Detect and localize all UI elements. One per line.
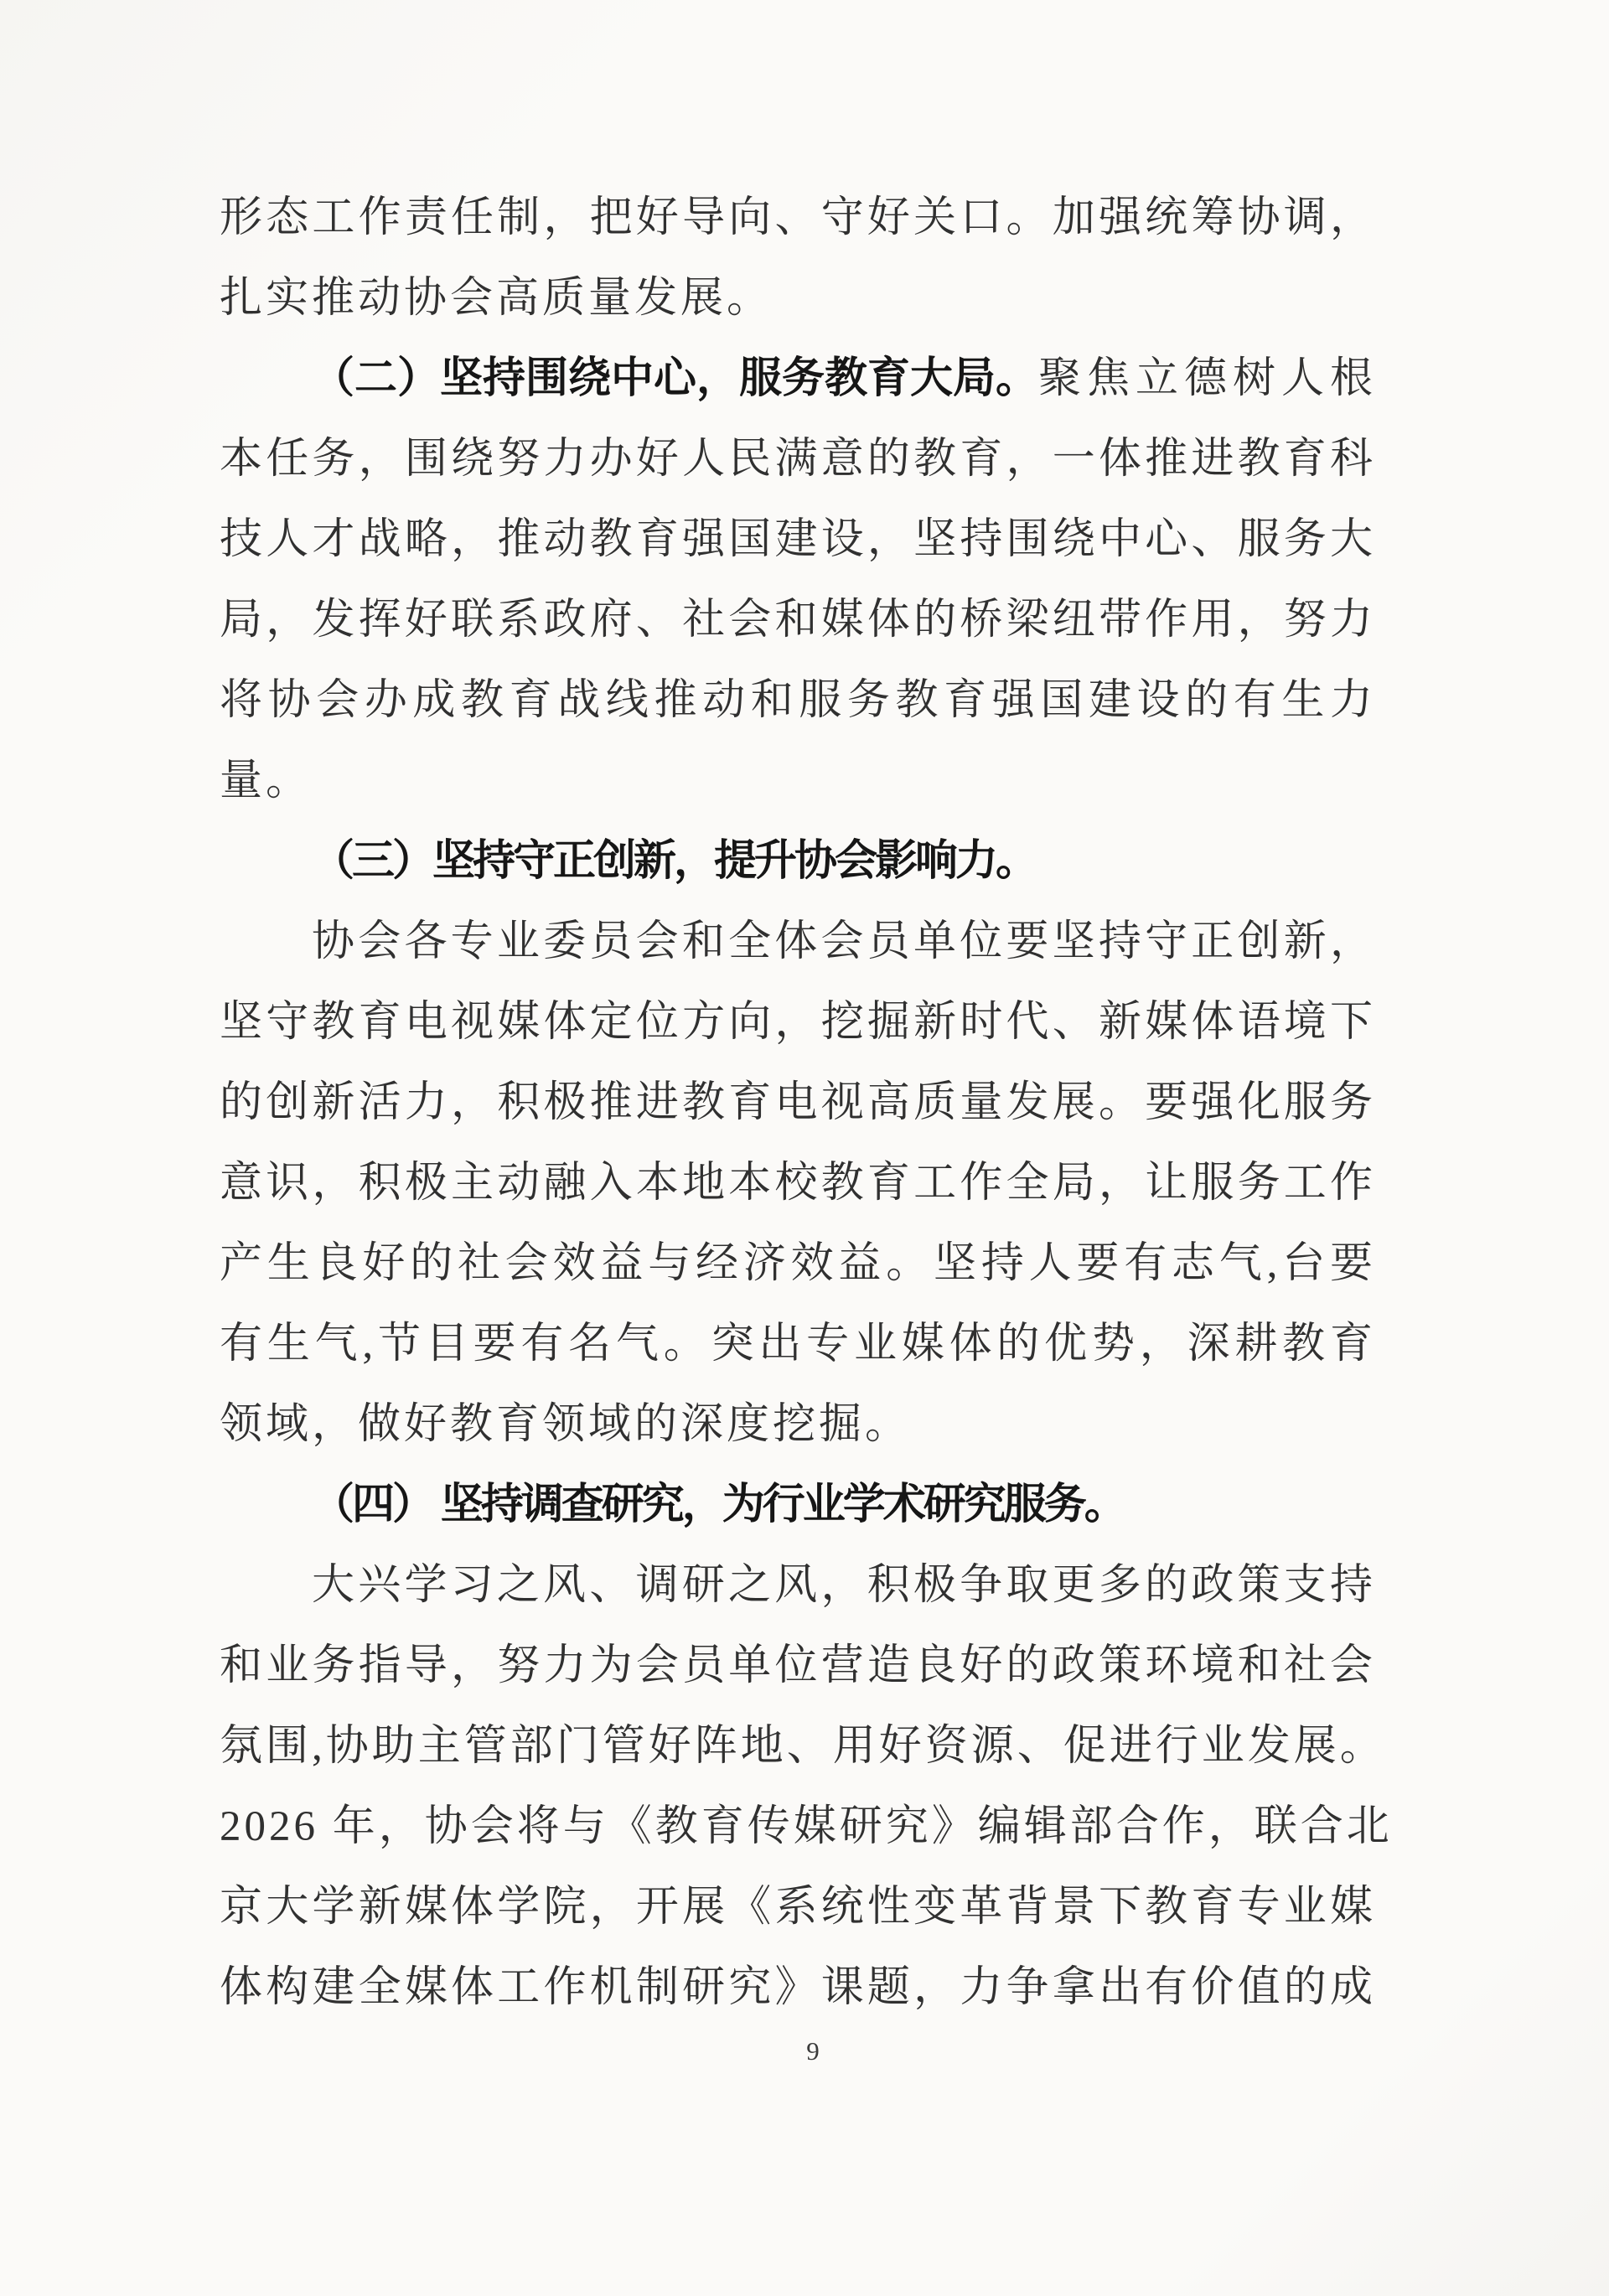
body-text: 的创新活力，积极推进教育电视高质量发展。要强化服务	[220, 1079, 1376, 1126]
text-line: 京大学新媒体学院，开展《系统性变革背景下教育专业媒	[220, 1867, 1376, 1947]
section-heading: （四） 坚持调查研究，为行业学术研究服务。	[312, 1482, 1125, 1528]
paragraph: 大兴学习之风、调研之风，积极争取更多的政策支持和业务指导，努力为会员单位营造良好…	[220, 1545, 1376, 2028]
section-heading-line: （二）坚持围绕中心，服务教育大局。聚焦立德树人根	[220, 339, 1376, 419]
page-footer: 9	[0, 2036, 1609, 2066]
text-line: 意识，积极主动融入本地本校教育工作全局，让服务工作	[220, 1143, 1376, 1223]
text-line: 协会各专业委员会和全体会员单位要坚持守正创新，	[220, 902, 1376, 982]
paragraph: 形态工作责任制，把好导向、守好关口。加强统筹协调，扎实推动协会高质量发展。	[220, 178, 1376, 339]
section-heading: （三）坚持守正创新，提升协会影响力。	[312, 838, 1036, 885]
body-text: 京大学新媒体学院，开展《系统性变革背景下教育专业媒	[220, 1884, 1376, 1931]
text-line: 量。	[220, 741, 1376, 821]
body-text: 大兴学习之风、调研之风，积极争取更多的政策支持	[312, 1562, 1376, 1609]
paragraph: （三）坚持守正创新，提升协会影响力。	[220, 821, 1376, 902]
body-text: 本任务，围绕努力办好人民满意的教育，一体推进教育科	[220, 436, 1376, 483]
body-text: 产生良好的社会效益与经济效益。坚持人要有志气,台要	[220, 1240, 1376, 1287]
section-heading: （二）坚持围绕中心，服务教育大局。	[312, 355, 1038, 402]
body-text: 意识，积极主动融入本地本校教育工作全局，让服务工作	[220, 1160, 1376, 1207]
text-line: 2026 年，协会将与《教育传媒研究》编辑部合作，联合北	[220, 1787, 1376, 1867]
paragraph: （四） 坚持调查研究，为行业学术研究服务。	[220, 1465, 1376, 1545]
body-text: 将协会办成教育战线推动和服务教育强国建设的有生力	[220, 677, 1376, 724]
body-text: 聚焦立德树人根	[1038, 355, 1376, 402]
section-heading-line: （四） 坚持调查研究，为行业学术研究服务。	[220, 1465, 1376, 1545]
body-text: 有生气,节目要有名气。突出专业媒体的优势，深耕教育	[220, 1321, 1376, 1368]
text-line: 坚守教育电视媒体定位方向，挖掘新时代、新媒体语境下	[220, 982, 1376, 1063]
text-line: 局，发挥好联系政府、社会和媒体的桥梁纽带作用，努力	[220, 580, 1376, 660]
body-text: 技人才战略，推动教育强国建设，坚持围绕中心、服务大	[220, 516, 1376, 563]
text-line: 本任务，围绕努力办好人民满意的教育，一体推进教育科	[220, 419, 1376, 499]
text-line: 的创新活力，积极推进教育电视高质量发展。要强化服务	[220, 1063, 1376, 1143]
body-text: 氛围,协助主管部门管好阵地、用好资源、促进行业发展。	[220, 1723, 1386, 1770]
body-text: 2026 年，协会将与《教育传媒研究》编辑部合作，联合北	[220, 1803, 1393, 1850]
document-body: 形态工作责任制，把好导向、守好关口。加强统筹协调，扎实推动协会高质量发展。（二）…	[220, 178, 1376, 2028]
section-heading-line: （三）坚持守正创新，提升协会影响力。	[220, 821, 1376, 902]
text-line: 氛围,协助主管部门管好阵地、用好资源、促进行业发展。	[220, 1706, 1376, 1787]
text-line: 形态工作责任制，把好导向、守好关口。加强统筹协调，	[220, 178, 1376, 258]
body-text: 体构建全媒体工作机制研究》课题，力争拿出有价值的成	[220, 1964, 1376, 2011]
body-text: 扎实推动协会高质量发展。	[220, 275, 773, 322]
body-text: 量。	[220, 758, 312, 804]
text-line: 扎实推动协会高质量发展。	[220, 258, 1376, 339]
text-line: 技人才战略，推动教育强国建设，坚持围绕中心、服务大	[220, 499, 1376, 580]
page-number: 9	[789, 2036, 820, 2066]
paragraph: 协会各专业委员会和全体会员单位要坚持守正创新，坚守教育电视媒体定位方向，挖掘新时…	[220, 902, 1376, 1465]
body-text: 和业务指导，努力为会员单位营造良好的政策环境和社会	[220, 1642, 1376, 1689]
text-line: 大兴学习之风、调研之风，积极争取更多的政策支持	[220, 1545, 1376, 1626]
text-line: 有生气,节目要有名气。突出专业媒体的优势，深耕教育	[220, 1304, 1376, 1384]
body-text: 坚守教育电视媒体定位方向，挖掘新时代、新媒体语境下	[220, 999, 1376, 1046]
text-line: 将协会办成教育战线推动和服务教育强国建设的有生力	[220, 660, 1376, 741]
body-text: 领域，做好教育领域的深度挖掘。	[220, 1401, 911, 1448]
body-text: 局，发挥好联系政府、社会和媒体的桥梁纽带作用，努力	[220, 597, 1376, 644]
paragraph: （二）坚持围绕中心，服务教育大局。聚焦立德树人根本任务，围绕努力办好人民满意的教…	[220, 339, 1376, 821]
text-line: 和业务指导，努力为会员单位营造良好的政策环境和社会	[220, 1626, 1376, 1706]
text-line: 产生良好的社会效益与经济效益。坚持人要有志气,台要	[220, 1223, 1376, 1304]
body-text: 协会各专业委员会和全体会员单位要坚持守正创新，	[312, 918, 1376, 965]
body-text: 形态工作责任制，把好导向、守好关口。加强统筹协调，	[220, 194, 1376, 241]
text-line: 领域，做好教育领域的深度挖掘。	[220, 1384, 1376, 1465]
text-line: 体构建全媒体工作机制研究》课题，力争拿出有价值的成	[220, 1947, 1376, 2028]
